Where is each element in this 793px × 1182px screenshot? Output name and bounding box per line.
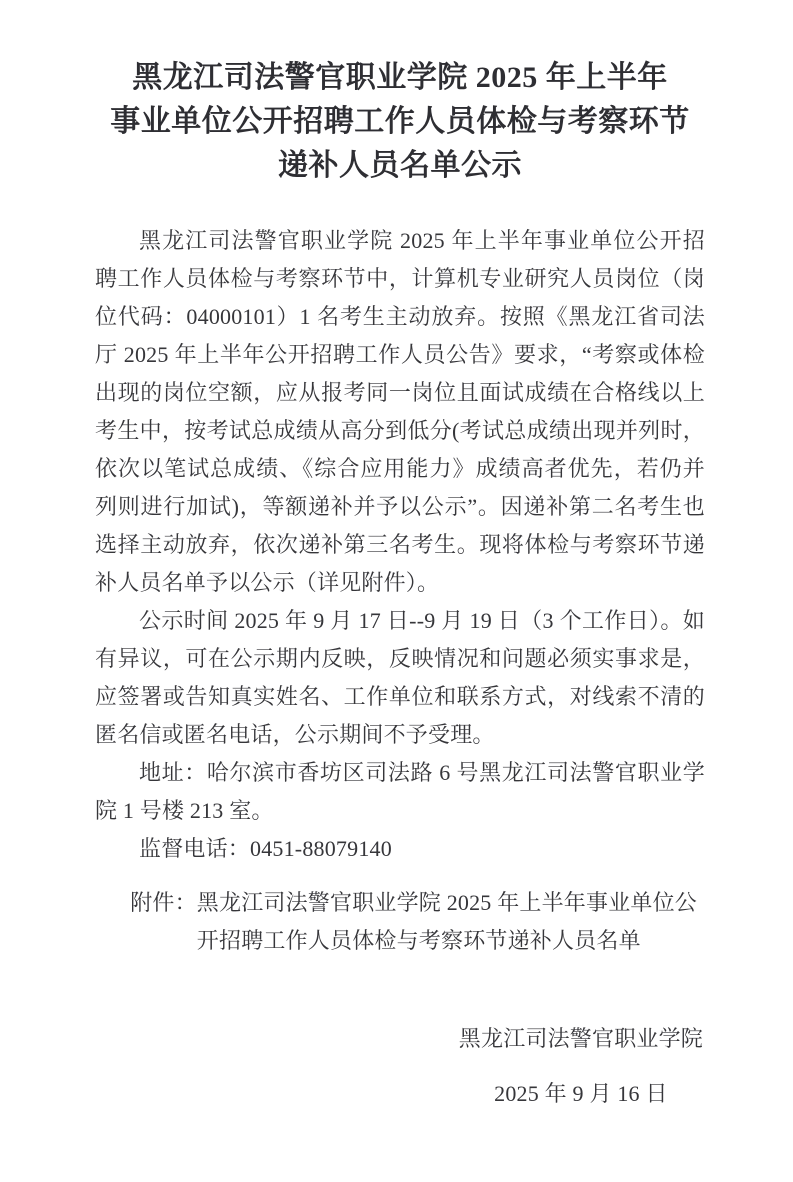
signature-block: 黑龙江司法警官职业学院 2025 年 9 月 16 日 [459,1020,703,1113]
attachment-text-line-1: 黑龙江司法警官职业学院 2025 年上半年事业单位公 [197,890,697,915]
document-page: 黑龙江司法警官职业学院 2025 年上半年 事业单位公开招聘工作人员体检与考察环… [0,0,793,1182]
signature-organization: 黑龙江司法警官职业学院 [459,1020,703,1058]
document-title: 黑龙江司法警官职业学院 2025 年上半年 事业单位公开招聘工作人员体检与考察环… [95,56,705,188]
attachment-text-line-2: 开招聘工作人员体检与考察环节递补人员名单 [197,928,641,953]
title-line-1: 黑龙江司法警官职业学院 2025 年上半年 [95,56,705,100]
title-line-2: 事业单位公开招聘工作人员体检与考察环节 [95,100,705,144]
paragraph-publicity-period: 公示时间 2025 年 9 月 17 日--9 月 19 日（3 个工作日）。如… [95,602,705,754]
paragraph-address: 地址：哈尔滨市香坊区司法路 6 号黑龙江司法警官职业学院 1 号楼 213 室。 [95,754,705,830]
attachment-text: 黑龙江司法警官职业学院 2025 年上半年事业单位公开招聘工作人员体检与考察环节… [197,884,705,960]
paragraph-intro: 黑龙江司法警官职业学院 2025 年上半年事业单位公开招聘工作人员体检与考察环节… [95,222,705,602]
attachment-section: 附件： 黑龙江司法警官职业学院 2025 年上半年事业单位公开招聘工作人员体检与… [95,884,705,960]
title-line-3: 递补人员名单公示 [95,144,705,188]
signature-date: 2025 年 9 月 16 日 [459,1075,703,1113]
paragraph-supervision-phone: 监督电话：0451-88079140 [95,830,705,868]
attachment-label: 附件： [130,884,197,960]
